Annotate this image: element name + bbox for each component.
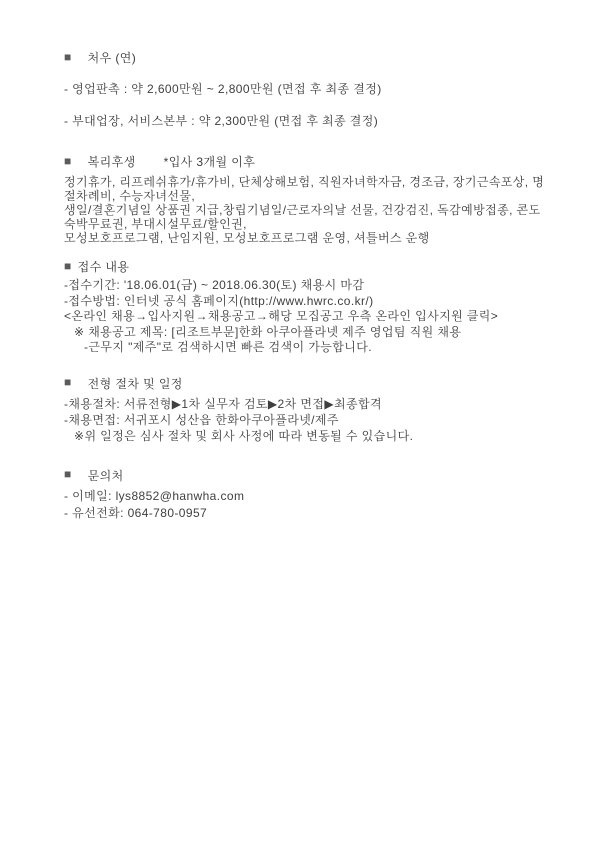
section-contact-header: ■ 문의처 bbox=[64, 467, 559, 484]
square-bullet-icon: ■ bbox=[64, 51, 72, 63]
benefits-line: 절차례비, 수능자녀선물, bbox=[64, 189, 559, 203]
process-interview-line: -채용면접: 서귀포시 성산읍 한화아쿠아플라넷/제주 bbox=[64, 412, 559, 428]
square-bullet-icon: ■ bbox=[64, 376, 72, 388]
application-search-tip-line: -근무지 "제주"로 검색하시면 빠른 검색이 가능합니다. bbox=[64, 340, 559, 356]
section-application-header: ■ 접수 내용 bbox=[64, 258, 559, 275]
section-title: 문의처 bbox=[88, 467, 124, 484]
section-application: ■ 접수 내용 -접수기간: '18.06.01(금) ~ 2018.06.30… bbox=[64, 258, 559, 356]
compensation-sales-line: - 영업판촉 : 약 2,600만원 ~ 2,800만원 (면접 후 최종 결정… bbox=[64, 80, 559, 97]
process-steps-line: -채용절차: 서류전형▶1차 실무자 검토▶2차 면접▶최종합격 bbox=[64, 396, 559, 412]
contact-email-line: - 이메일: lys8852@hanwha.com bbox=[64, 488, 559, 505]
process-notice-line: ※위 일정은 심사 절차 및 회사 사정에 따라 변동될 수 있습니다. bbox=[64, 428, 559, 444]
benefits-line: 숙박무료권, 부대시설무료/할인권, bbox=[64, 217, 559, 231]
section-benefits-header: ■ 복리후생 *입사 3개월 이후 bbox=[64, 153, 559, 170]
application-path-line: <온라인 채용→입사지원→채용공고→해당 모집공고 우측 온라인 입사지원 클릭… bbox=[64, 309, 559, 325]
application-method-line: -접수방법: 인터넷 공식 홈페이지(http://www.hwrc.co.kr… bbox=[64, 294, 559, 310]
square-bullet-icon: ■ bbox=[64, 468, 72, 480]
section-contact: ■ 문의처 - 이메일: lys8852@hanwha.com - 유선전화: … bbox=[64, 467, 559, 522]
section-title: 접수 내용 bbox=[78, 258, 130, 275]
benefits-line: 모성보호프로그램, 난임지원, 모성보호프로그램 운영, 셔틀버스 운행 bbox=[64, 231, 559, 245]
section-title: 복리후생 bbox=[88, 153, 136, 170]
square-bullet-icon: ■ bbox=[64, 260, 72, 272]
benefits-line: 생일/결혼기념일 상품권 지급,창립기념일/근로자의날 선물, 건강검진, 독감… bbox=[64, 203, 559, 217]
section-benefits: ■ 복리후생 *입사 3개월 이후 정기휴가, 리프레쉬휴가/휴가비, 단체상해… bbox=[64, 153, 559, 245]
section-compensation-header: ■ 처우 (연) bbox=[64, 49, 559, 66]
section-title: 전형 절차 및 일정 bbox=[88, 375, 183, 392]
section-title: 처우 (연) bbox=[88, 49, 137, 66]
benefits-line: 정기휴가, 리프레쉬휴가/휴가비, 단체상해보험, 직원자녀학자금, 경조금, … bbox=[64, 175, 559, 189]
application-posting-title-line: ※ 채용공고 제목: [리조트부문]한화 아쿠아플라넷 제주 영업팀 직원 채용 bbox=[64, 325, 559, 341]
section-process-header: ■ 전형 절차 및 일정 bbox=[64, 375, 559, 392]
application-period-line: -접수기간: '18.06.01(금) ~ 2018.06.30(토) 채용시 … bbox=[64, 278, 559, 294]
square-bullet-icon: ■ bbox=[64, 155, 72, 167]
compensation-service-line: - 부대업장, 서비스본부 : 약 2,300만원 (면접 후 최종 결정) bbox=[64, 112, 559, 129]
section-compensation: ■ 처우 (연) - 영업판촉 : 약 2,600만원 ~ 2,800만원 (면… bbox=[64, 49, 559, 129]
scanned-document-page: ■ 처우 (연) - 영업판촉 : 약 2,600만원 ~ 2,800만원 (면… bbox=[0, 0, 595, 842]
document-content: ■ 처우 (연) - 영업판촉 : 약 2,600만원 ~ 2,800만원 (면… bbox=[0, 0, 595, 522]
section-process: ■ 전형 절차 및 일정 -채용절차: 서류전형▶1차 실무자 검토▶2차 면접… bbox=[64, 375, 559, 444]
benefits-note: *입사 3개월 이후 bbox=[164, 153, 256, 170]
contact-phone-line: - 유선전화: 064-780-0957 bbox=[64, 505, 559, 522]
